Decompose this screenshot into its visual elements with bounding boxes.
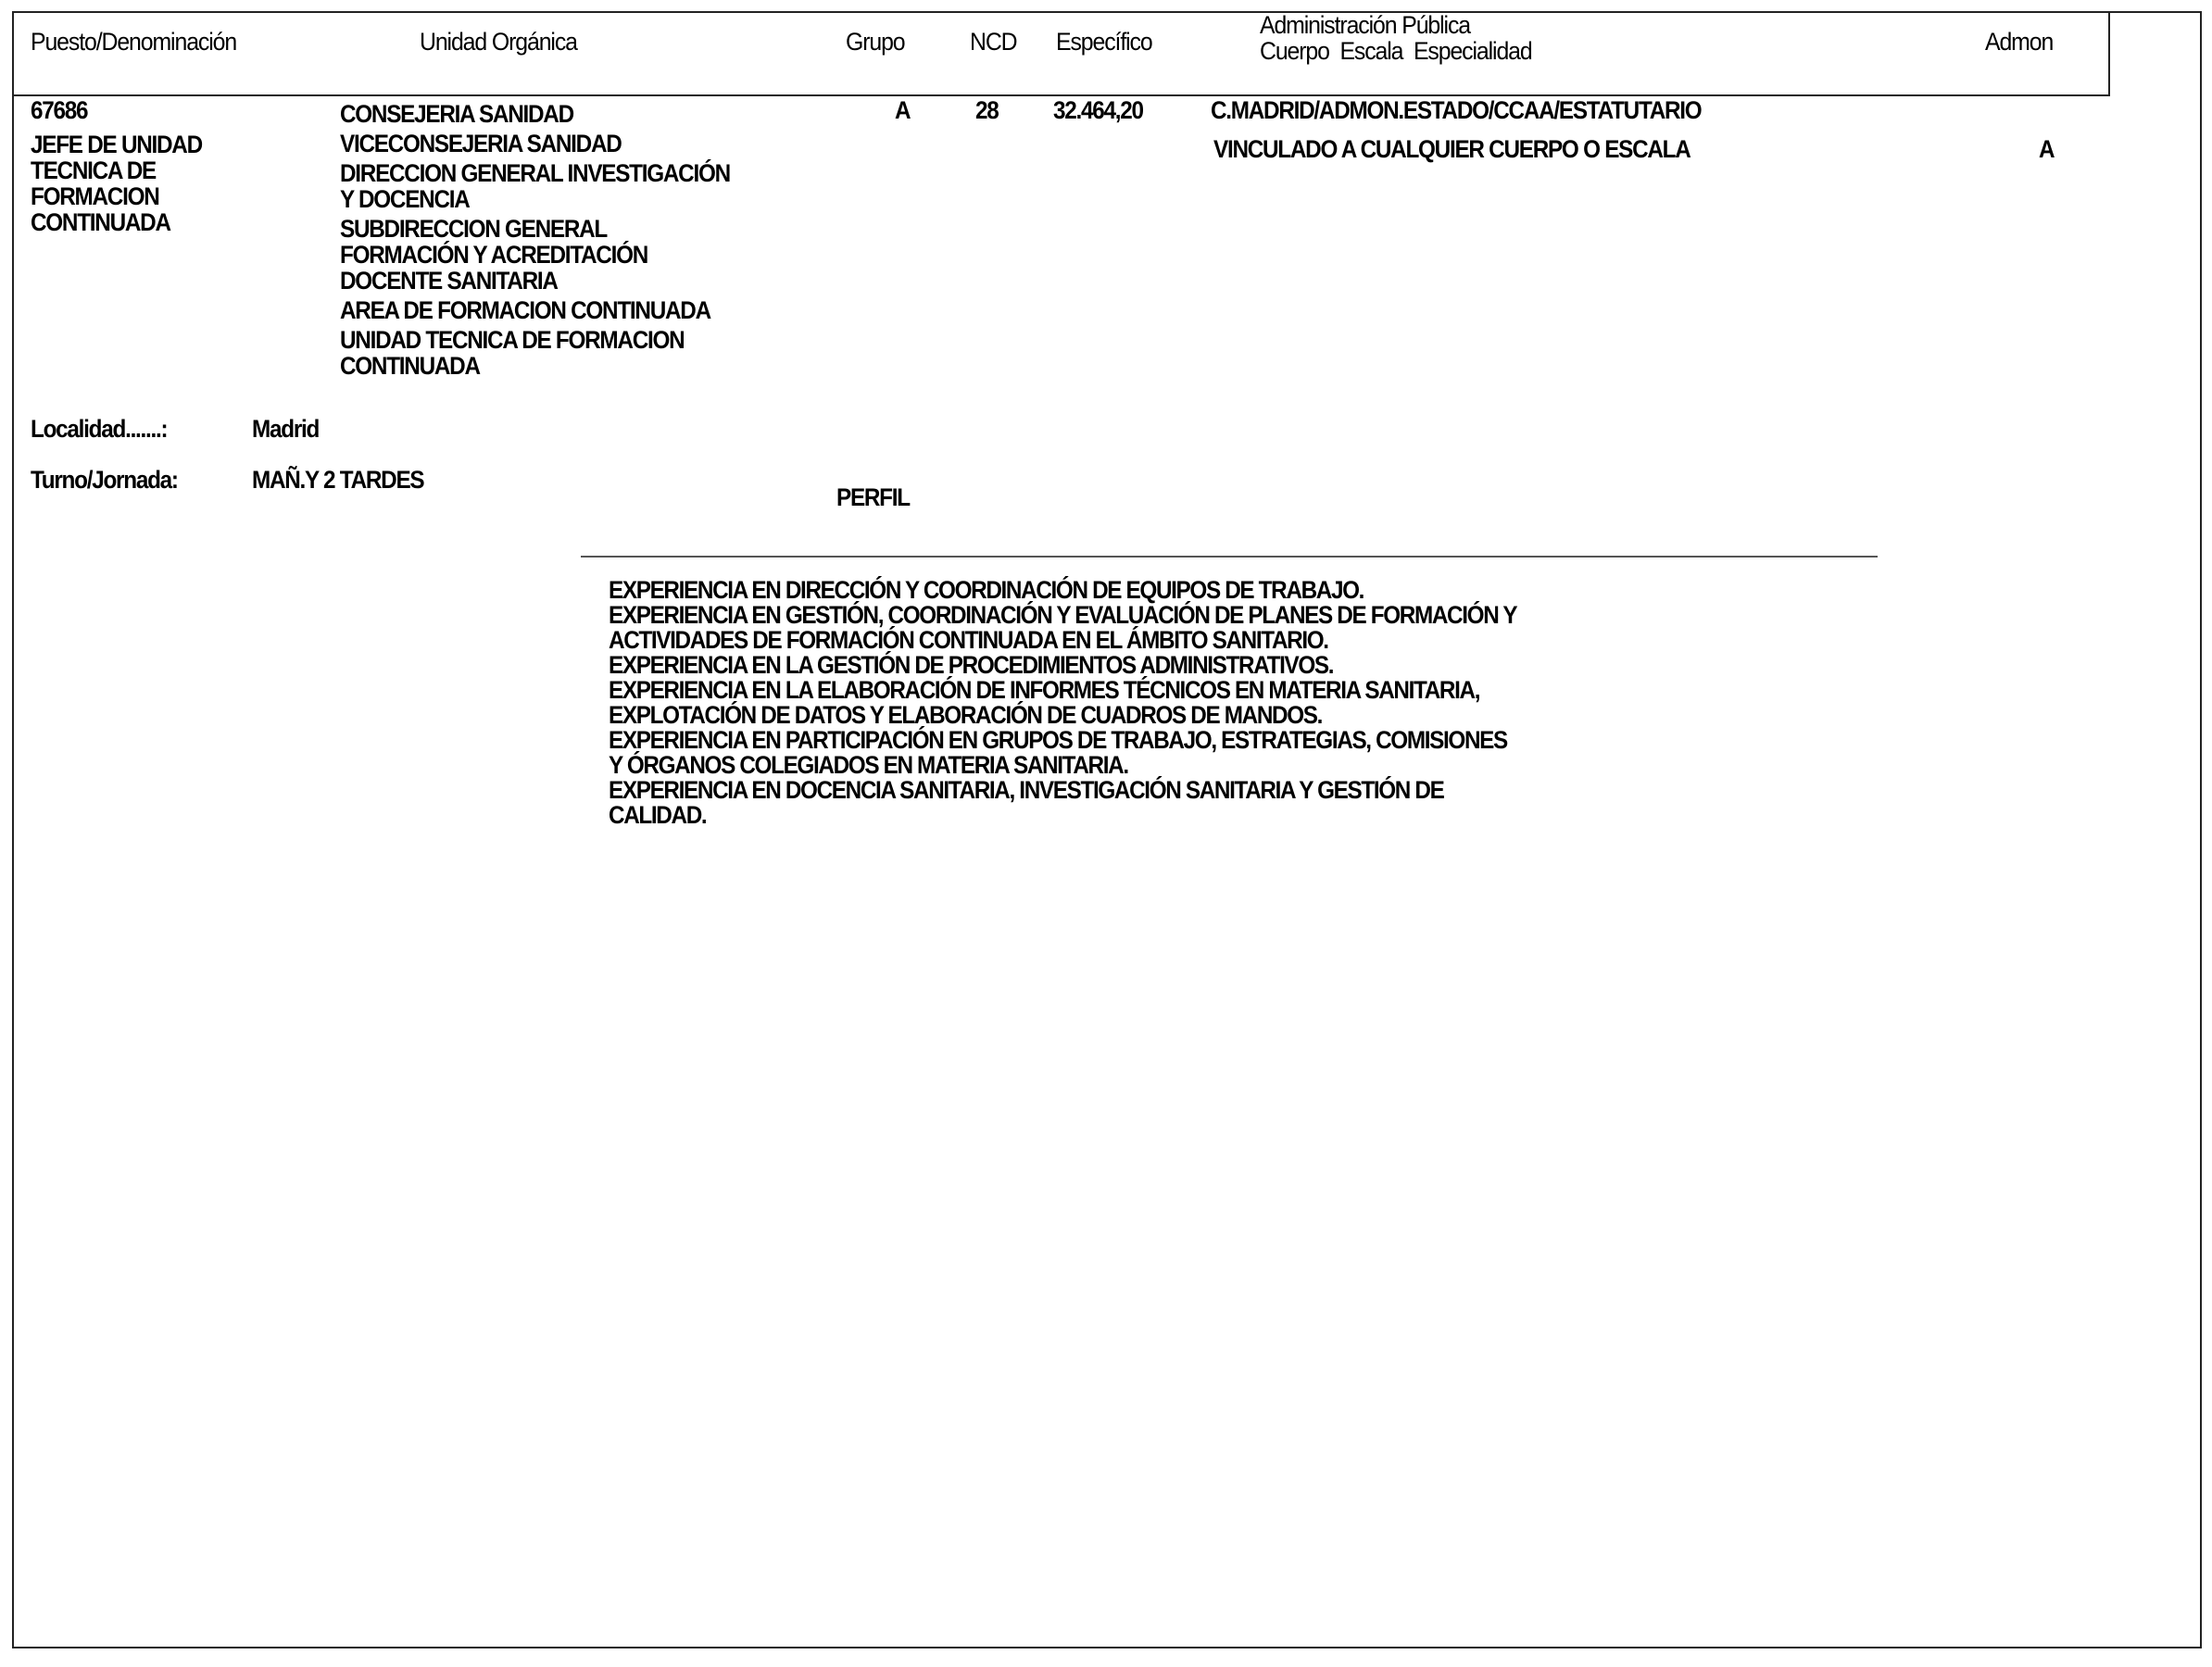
- header-ncd: NCD: [970, 28, 1017, 56]
- header-especifico: Específico: [1056, 28, 1152, 56]
- cuerpo-value: VINCULADO A CUALQUIER CUERPO O ESCALA: [1213, 135, 1690, 164]
- administracion-value: C.MADRID/ADMON.ESTADO/CCAA/ESTATUTARIO: [1211, 96, 1701, 125]
- puesto-denominacion: JEFE DE UNIDADTECNICA DEFORMACIONCONTINU…: [31, 132, 202, 235]
- puesto-title-line: JEFE DE UNIDAD: [31, 132, 202, 157]
- grupo-value: A: [895, 96, 910, 125]
- unidad-organica-item: CONSEJERIA SANIDAD: [340, 101, 730, 127]
- unidad-organica-line: FORMACIÓN Y ACREDITACIÓN: [340, 242, 730, 268]
- header-cuerpo-escala-especialidad: Cuerpo Escala Especialidad: [1260, 37, 1532, 66]
- unidad-organica-item: VICECONSEJERIA SANIDAD: [340, 131, 730, 157]
- unidad-organica-line: AREA DE FORMACION CONTINUADA: [340, 297, 730, 323]
- ncd-value: 28: [975, 96, 999, 125]
- especifico-value: 32.464,20: [1053, 96, 1143, 125]
- unidad-organica-item: DIRECCION GENERAL INVESTIGACIÓNY DOCENCI…: [340, 160, 730, 212]
- header-admon: Admon: [1985, 28, 2053, 56]
- perfil-line: EXPLOTACIÓN DE DATOS Y ELABORACIÓN DE CU…: [609, 703, 1516, 728]
- perfil-description: EXPERIENCIA EN DIRECCIÓN Y COORDINACIÓN …: [609, 578, 1516, 828]
- unidad-organica-line: SUBDIRECCION GENERAL: [340, 216, 730, 242]
- perfil-divider: [581, 556, 1878, 558]
- perfil-line: EXPERIENCIA EN PARTICIPACIÓN EN GRUPOS D…: [609, 728, 1516, 753]
- turno-label: Turno/Jornada:: [31, 466, 178, 495]
- turno-value: MAÑ.Y 2 TARDES: [252, 466, 423, 495]
- header-grupo: Grupo: [846, 28, 905, 56]
- unidad-organica-item: AREA DE FORMACION CONTINUADA: [340, 297, 730, 323]
- header-puesto: Puesto/Denominación: [31, 28, 236, 56]
- perfil-line: Y ÓRGANOS COLEGIADOS EN MATERIA SANITARI…: [609, 753, 1516, 778]
- perfil-title: PERFIL: [836, 483, 910, 512]
- perfil-line: EXPERIENCIA EN DOCENCIA SANITARIA, INVES…: [609, 778, 1516, 803]
- unidad-organica-item: SUBDIRECCION GENERALFORMACIÓN Y ACREDITA…: [340, 216, 730, 294]
- unidad-organica-line: UNIDAD TECNICA DE FORMACION: [340, 327, 730, 353]
- localidad-value: Madrid: [252, 415, 319, 444]
- perfil-line: EXPERIENCIA EN LA GESTIÓN DE PROCEDIMIEN…: [609, 653, 1516, 678]
- header-unidad-organica: Unidad Orgánica: [420, 28, 577, 56]
- unidad-organica-line: Y DOCENCIA: [340, 186, 730, 212]
- header-administracion-publica: Administración Pública: [1260, 11, 1470, 40]
- admon-value: A: [2039, 135, 2054, 164]
- unidad-organica-line: VICECONSEJERIA SANIDAD: [340, 131, 730, 157]
- puesto-title-line: TECNICA DE: [31, 157, 202, 183]
- unidad-organica-item: UNIDAD TECNICA DE FORMACIONCONTINUADA: [340, 327, 730, 379]
- localidad-label: Localidad.......:: [31, 415, 167, 444]
- unidad-organica-line: CONSEJERIA SANIDAD: [340, 101, 730, 127]
- perfil-line: ACTIVIDADES DE FORMACIÓN CONTINUADA EN E…: [609, 628, 1516, 653]
- perfil-line: CALIDAD.: [609, 803, 1516, 828]
- puesto-title-line: FORMACION: [31, 183, 202, 209]
- unidad-organica-list: CONSEJERIA SANIDADVICECONSEJERIA SANIDAD…: [340, 101, 730, 382]
- perfil-line: EXPERIENCIA EN GESTIÓN, COORDINACIÓN Y E…: [609, 603, 1516, 628]
- perfil-line: EXPERIENCIA EN DIRECCIÓN Y COORDINACIÓN …: [609, 578, 1516, 603]
- puesto-code: 67686: [31, 96, 87, 125]
- puesto-title-line: CONTINUADA: [31, 209, 202, 235]
- unidad-organica-line: DIRECCION GENERAL INVESTIGACIÓN: [340, 160, 730, 186]
- unidad-organica-line: CONTINUADA: [340, 353, 730, 379]
- perfil-line: EXPERIENCIA EN LA ELABORACIÓN DE INFORME…: [609, 678, 1516, 703]
- unidad-organica-line: DOCENTE SANITARIA: [340, 268, 730, 294]
